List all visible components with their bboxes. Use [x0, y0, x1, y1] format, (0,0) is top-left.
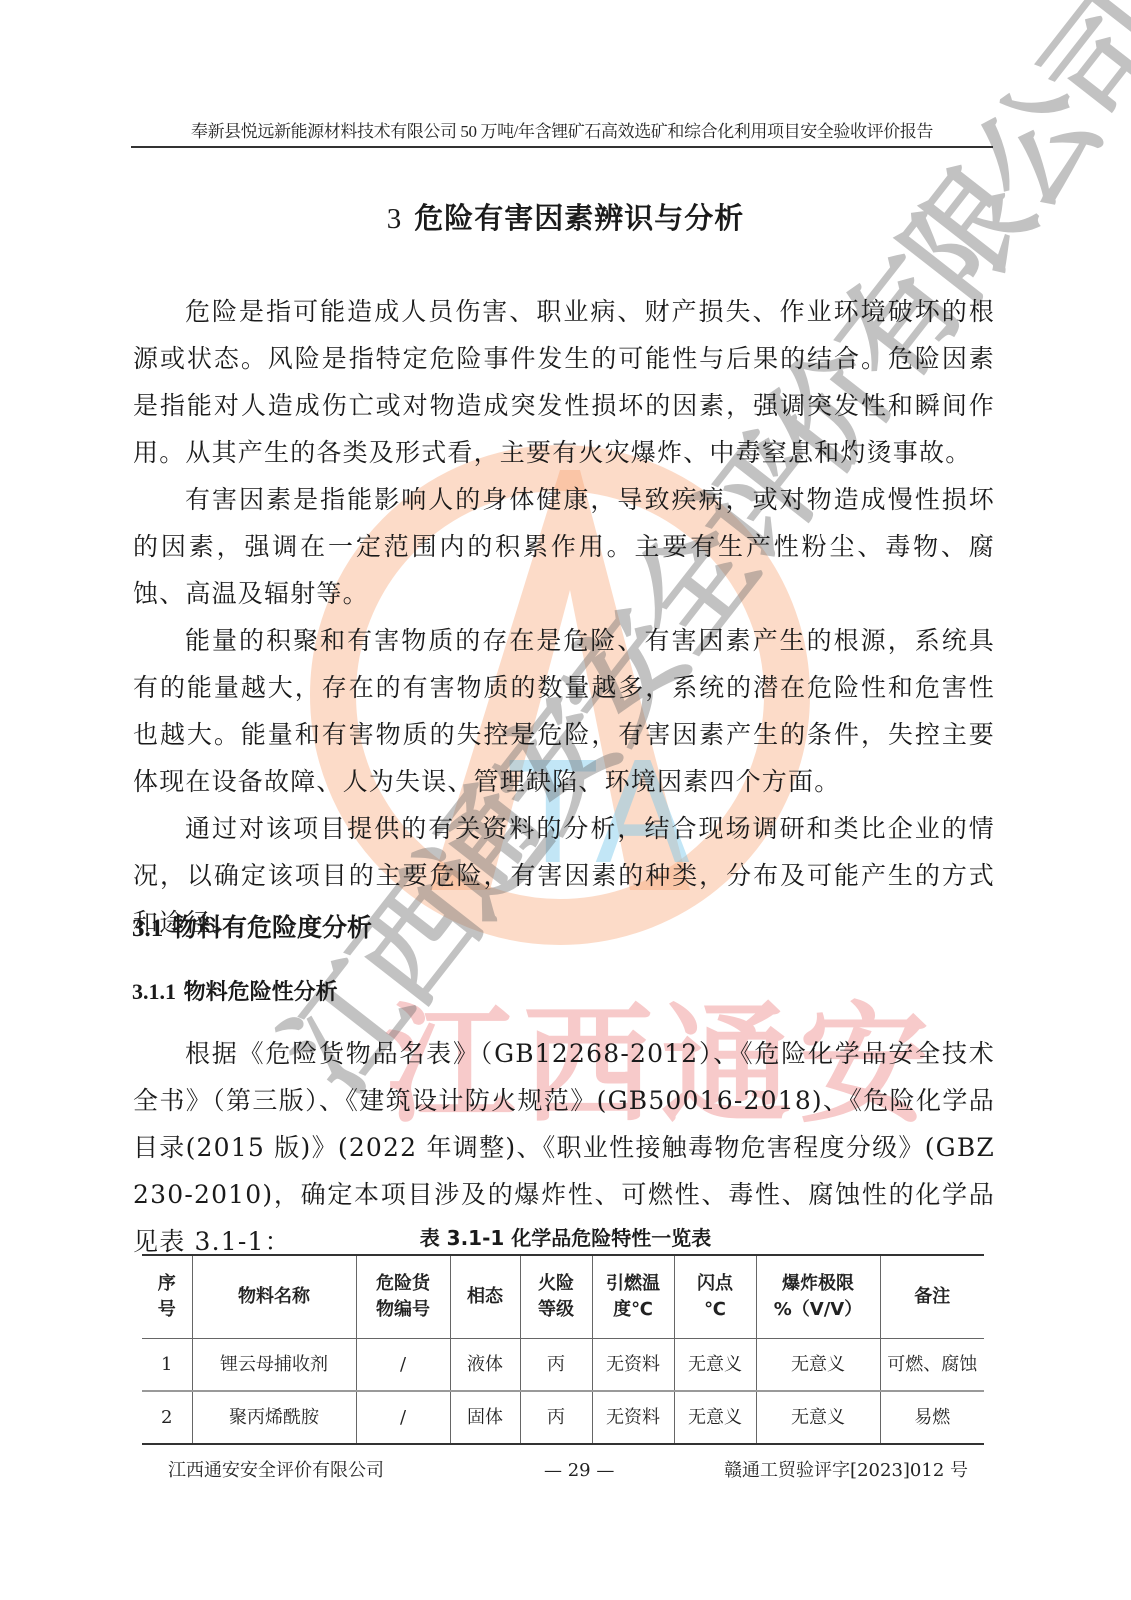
header-divider — [131, 146, 993, 148]
paragraph: 有害因素是指能影响人的身体健康，导致疾病，或对物造成慢性损坏的因素，强调在一定范… — [133, 476, 995, 617]
header-cell-remarks: 备注 — [880, 1255, 984, 1339]
table-caption: 表 3.1-1 化学品危险特性一览表 — [0, 1224, 1131, 1252]
subsection-title: 物料危险性分析 — [184, 980, 338, 1005]
chapter-title: 3危险有害因素辨识与分析 — [0, 198, 1131, 239]
cell-ignition-temp: 无资料 — [592, 1339, 674, 1392]
table-row: 1 锂云母捕收剂 / 液体 丙 无资料 无意义 无意义 可燃、腐蚀 — [142, 1339, 984, 1392]
cell-dangerous-goods-no: / — [356, 1339, 450, 1392]
cell-index: 1 — [142, 1339, 192, 1392]
document-number: 赣通工贸验评字[2023]012 号 — [724, 1458, 968, 1484]
paragraph: 危险是指可能造成人员伤害、职业病、财产损失、作业环境破坏的根源或状态。风险是指特… — [133, 288, 995, 476]
subsection-heading: 3.1.1 物料危险性分析 — [132, 975, 338, 1010]
cell-dangerous-goods-no: / — [356, 1391, 450, 1444]
chemical-hazard-table: 序号 物料名称 危险货物编号 相态 火险等级 引燃温度℃ 闪点℃ 爆炸极限%（V… — [142, 1254, 984, 1445]
cell-remarks: 易燃 — [880, 1391, 984, 1444]
cell-flash-point: 无意义 — [674, 1391, 756, 1444]
chapter-title-text: 危险有害因素辨识与分析 — [414, 201, 744, 235]
page-number: — 29 — — [544, 1458, 614, 1484]
chapter-number: 3 — [387, 203, 403, 235]
cell-material-name: 聚丙烯酰胺 — [192, 1391, 356, 1444]
table-header-row: 序号 物料名称 危险货物编号 相态 火险等级 引燃温度℃ 闪点℃ 爆炸极限%（V… — [142, 1255, 984, 1339]
subsection-number: 3.1.1 — [132, 979, 176, 1004]
footer-company: 江西通安安全评价有限公司 — [168, 1458, 384, 1484]
header-cell-index: 序号 — [142, 1255, 192, 1339]
header-cell-material-name: 物料名称 — [192, 1255, 356, 1339]
page-footer: 江西通安安全评价有限公司 — 29 — 赣通工贸验评字[2023]012 号 — [168, 1458, 968, 1484]
cell-phase: 液体 — [450, 1339, 520, 1392]
header-cell-fire-class: 火险等级 — [520, 1255, 592, 1339]
cell-fire-class: 丙 — [520, 1339, 592, 1392]
cell-flash-point: 无意义 — [674, 1339, 756, 1392]
table-row: 2 聚丙烯酰胺 / 固体 丙 无资料 无意义 无意义 易燃 — [142, 1391, 984, 1444]
cell-explosion-limit: 无意义 — [756, 1391, 880, 1444]
cell-fire-class: 丙 — [520, 1391, 592, 1444]
header-cell-dangerous-goods-no: 危险货物编号 — [356, 1255, 450, 1339]
header-cell-flash-point: 闪点℃ — [674, 1255, 756, 1339]
section-title: 物料有危险度分析 — [172, 913, 372, 942]
paragraph: 能量的积聚和有害物质的存在是危险、有害因素产生的根源，系统具有的能量越大，存在的… — [133, 617, 995, 805]
intro-text: 危险是指可能造成人员伤害、职业病、财产损失、作业环境破坏的根源或状态。风险是指特… — [133, 288, 995, 946]
section-heading: 3.1 物料有危险度分析 — [132, 910, 372, 947]
cell-material-name: 锂云母捕收剂 — [192, 1339, 356, 1392]
cell-explosion-limit: 无意义 — [756, 1339, 880, 1392]
document-page: TA 江西通安 江西通安安全评价有限公司 奉新县悦远新能源材料技术有限公司 50… — [0, 0, 1131, 1600]
cell-phase: 固体 — [450, 1391, 520, 1444]
cell-ignition-temp: 无资料 — [592, 1391, 674, 1444]
header-cell-ignition-temp: 引燃温度℃ — [592, 1255, 674, 1339]
section-number: 3.1 — [132, 915, 163, 942]
header-cell-phase: 相态 — [450, 1255, 520, 1339]
cell-index: 2 — [142, 1391, 192, 1444]
header-cell-explosion-limit: 爆炸极限%（V/V） — [756, 1255, 880, 1339]
running-header: 奉新县悦远新能源材料技术有限公司 50 万吨/年含锂矿石高效选矿和综合化利用项目… — [131, 121, 993, 143]
cell-remarks: 可燃、腐蚀 — [880, 1339, 984, 1392]
